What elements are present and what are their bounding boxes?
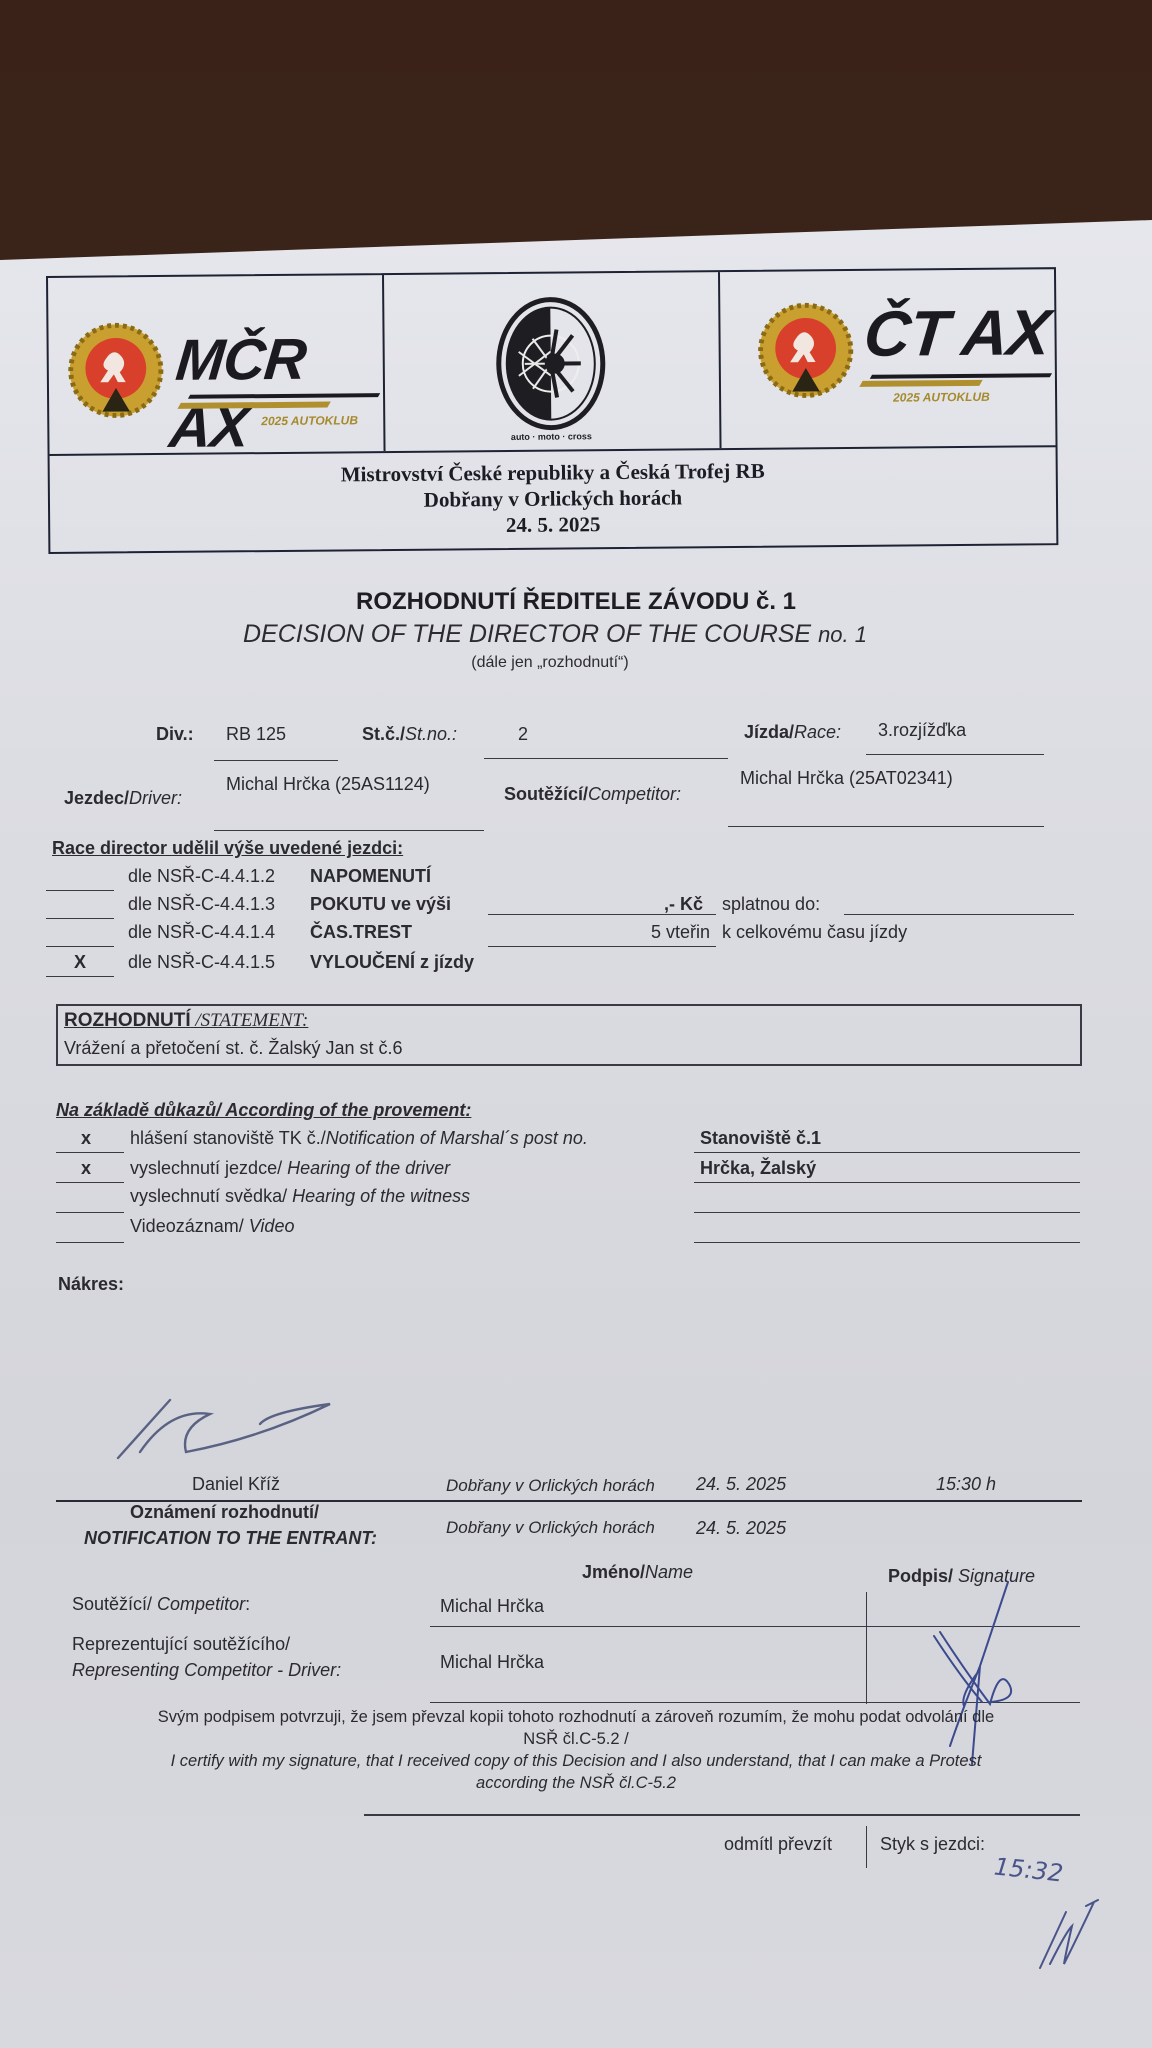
penalty-rule: dle NSŘ-C-4.4.1.4 bbox=[128, 922, 275, 943]
director-date: 24. 5. 2025 bbox=[696, 1474, 786, 1495]
race-label: Jízda/Race: bbox=[744, 722, 841, 743]
competitor-underline bbox=[728, 826, 1044, 827]
notification-label-cz: Oznámení rozhodnutí/ bbox=[130, 1502, 319, 1523]
logo-automotoklub: auto · moto · cross bbox=[384, 272, 722, 451]
certification-en-line2: according the NSŘ čl.C-5.2 bbox=[0, 1772, 1152, 1794]
decision-title-cz: ROZHODNUTÍ ŘEDITELE ZÁVODU č. 1 bbox=[0, 588, 1152, 616]
name-column-header: Jméno/Name bbox=[582, 1562, 693, 1583]
certification-cz-line1: Svým podpisem potvrzuji, že jsem převzal… bbox=[0, 1706, 1152, 1728]
driver-value[interactable]: Michal Hrčka (25AS1124) bbox=[226, 774, 430, 795]
evidence-label: Videozáznam/ Video bbox=[130, 1216, 294, 1237]
driver-underline bbox=[214, 830, 484, 831]
notification-label-en: NOTIFICATION TO THE ENTRANT: bbox=[84, 1528, 377, 1549]
evidence-label: vyslechnutí jezdce/ Hearing of the drive… bbox=[130, 1158, 450, 1179]
evidence-mark-line bbox=[56, 1182, 124, 1183]
logo-mcr-ax: MČR AX 2025 AUTOKLUB bbox=[48, 275, 386, 454]
director-place: Dobřany v Orlických horách bbox=[446, 1476, 655, 1496]
director-name: Daniel Kříž bbox=[192, 1474, 280, 1495]
certification-cz-line2: NSŘ čl.C-5.2 / bbox=[0, 1728, 1152, 1750]
stno-value[interactable]: 2 bbox=[518, 724, 528, 745]
penalty-mark-line bbox=[46, 890, 114, 891]
div-value[interactable]: RB 125 bbox=[226, 724, 286, 745]
evidence-label: hlášení stanoviště TK č./Notification of… bbox=[130, 1128, 588, 1149]
evidence-mark-line bbox=[56, 1212, 124, 1213]
logo-title: ČT AX bbox=[861, 295, 1053, 371]
competitor-row-label: Soutěžící/ Competitor: bbox=[72, 1594, 250, 1615]
competitor-label: Soutěžící/Competitor: bbox=[504, 784, 681, 805]
fine-currency: ,- Kč bbox=[664, 894, 703, 915]
penalty-rule: dle NSŘ-C-4.4.1.2 bbox=[128, 866, 275, 887]
drawing-area bbox=[56, 1300, 1076, 1380]
statement-label: ROZHODNUTÍ /STATEMENT: bbox=[64, 1010, 308, 1032]
emblem-bottom-text: auto · moto · cross bbox=[511, 431, 592, 442]
representative-label-cz: Reprezentující soutěžícího/ bbox=[72, 1634, 290, 1655]
drawing-label: Nákres: bbox=[58, 1274, 124, 1295]
decision-title-en-text: DECISION OF THE DIRECTOR OF THE COURSE bbox=[243, 620, 811, 648]
autoklub-badge-icon bbox=[66, 321, 165, 420]
time-penalty-line bbox=[488, 946, 716, 947]
representative-name[interactable]: Michal Hrčka bbox=[440, 1652, 544, 1673]
refused-label[interactable]: odmítl převzít bbox=[724, 1834, 832, 1855]
representative-label-en: Representing Competitor - Driver: bbox=[72, 1660, 341, 1681]
evidence-value[interactable]: Stanoviště č.1 bbox=[700, 1128, 821, 1149]
evidence-mark[interactable]: x bbox=[56, 1158, 116, 1179]
certification-en-line1: I certify with my signature, that I rece… bbox=[0, 1750, 1152, 1772]
contact-signature-icon bbox=[1036, 1892, 1106, 1972]
div-label: Div.: bbox=[156, 724, 194, 745]
evidence-value-line bbox=[694, 1152, 1080, 1153]
decision-title-en: DECISION OF THE DIRECTOR OF THE COURSE n… bbox=[0, 620, 1110, 649]
stno-underline bbox=[484, 758, 728, 759]
fine-due-line[interactable] bbox=[844, 914, 1074, 915]
div-underline bbox=[214, 760, 338, 761]
statement-box: ROZHODNUTÍ /STATEMENT: Vrážení a přetoče… bbox=[56, 1004, 1082, 1066]
competitor-value[interactable]: Michal Hrčka (25AT02341) bbox=[740, 768, 953, 789]
penalty-mark-line bbox=[46, 976, 114, 977]
evidence-value-line[interactable] bbox=[694, 1212, 1080, 1213]
logo-subtitle: 2025 AUTOKLUB bbox=[893, 390, 990, 405]
evidence-value-line bbox=[694, 1182, 1080, 1183]
penalty-name: NAPOMENUTÍ bbox=[310, 866, 431, 887]
penalty-mark-line bbox=[46, 918, 114, 919]
evidence-mark-line bbox=[56, 1152, 124, 1153]
race-underline bbox=[866, 754, 1044, 755]
driver-label: Jezdec/Driver: bbox=[64, 788, 182, 809]
evidence-mark-line bbox=[56, 1242, 124, 1243]
notification-place: Dobřany v Orlických horách bbox=[446, 1518, 655, 1538]
penalty-name: ČAS.TREST bbox=[310, 922, 412, 943]
time-penalty-suffix: k celkovému času jízdy bbox=[722, 922, 907, 943]
notification-date: 24. 5. 2025 bbox=[696, 1518, 786, 1539]
statement-text[interactable]: Vrážení a přetočení st. č. Žalský Jan st… bbox=[64, 1038, 402, 1059]
footer-divider bbox=[866, 1826, 867, 1868]
certification-text: Svým podpisem potvrzuji, že jsem převzal… bbox=[0, 1706, 1152, 1794]
time-penalty-value[interactable]: 5 vteřin bbox=[488, 922, 710, 943]
logo-ct-ax: ČT AX 2025 AUTOKLUB bbox=[720, 269, 1056, 448]
logo-subtitle: 2025 AUTOKLUB bbox=[261, 413, 358, 428]
penalty-rule: dle NSŘ-C-4.4.1.3 bbox=[128, 894, 275, 915]
signature-column-divider bbox=[866, 1592, 867, 1704]
penalty-rule: dle NSŘ-C-4.4.1.5 bbox=[128, 952, 275, 973]
contact-label: Styk s jezdci: bbox=[880, 1834, 985, 1855]
director-time: 15:30 h bbox=[936, 1474, 996, 1495]
evidence-mark[interactable]: x bbox=[56, 1128, 116, 1149]
fine-due-label: splatnou do: bbox=[722, 894, 820, 915]
penalty-mark-line bbox=[46, 946, 114, 947]
stno-label: St.č./St.no.: bbox=[362, 724, 457, 745]
header-box: MČR AX 2025 AUTOKLUB auto · moto · cross bbox=[46, 267, 1058, 554]
decision-note: (dále jen „rozhodnutí“) bbox=[0, 654, 1100, 672]
penalties-heading: Race director udělil výše uvedené jezdci… bbox=[52, 838, 403, 859]
director-signature-icon bbox=[110, 1388, 390, 1468]
evidence-value[interactable]: Hrčka, Žalský bbox=[700, 1158, 816, 1179]
evidence-value-line[interactable] bbox=[694, 1242, 1080, 1243]
evidence-label: vyslechnutí svědka/ Hearing of the witne… bbox=[130, 1186, 470, 1207]
competitor-row-name[interactable]: Michal Hrčka bbox=[440, 1596, 544, 1617]
penalty-name: POKUTU ve výši bbox=[310, 894, 451, 915]
wheel-emblem-icon: auto · moto · cross bbox=[494, 293, 607, 444]
penalty-name: VYLOUČENÍ z jízdy bbox=[310, 952, 474, 973]
autoklub-badge-icon bbox=[756, 301, 855, 400]
penalty-mark[interactable]: X bbox=[46, 952, 114, 973]
race-value[interactable]: 3.rozjížďka bbox=[878, 720, 966, 741]
logo-swoosh-gold bbox=[859, 380, 982, 387]
event-info: Mistrovství České republiky a Česká Trof… bbox=[50, 447, 1057, 552]
decision-number: no. 1 bbox=[818, 622, 867, 647]
evidence-heading: Na základě důkazů/ According of the prov… bbox=[56, 1100, 471, 1121]
certification-line bbox=[364, 1814, 1080, 1816]
logo-swoosh bbox=[870, 373, 1052, 379]
